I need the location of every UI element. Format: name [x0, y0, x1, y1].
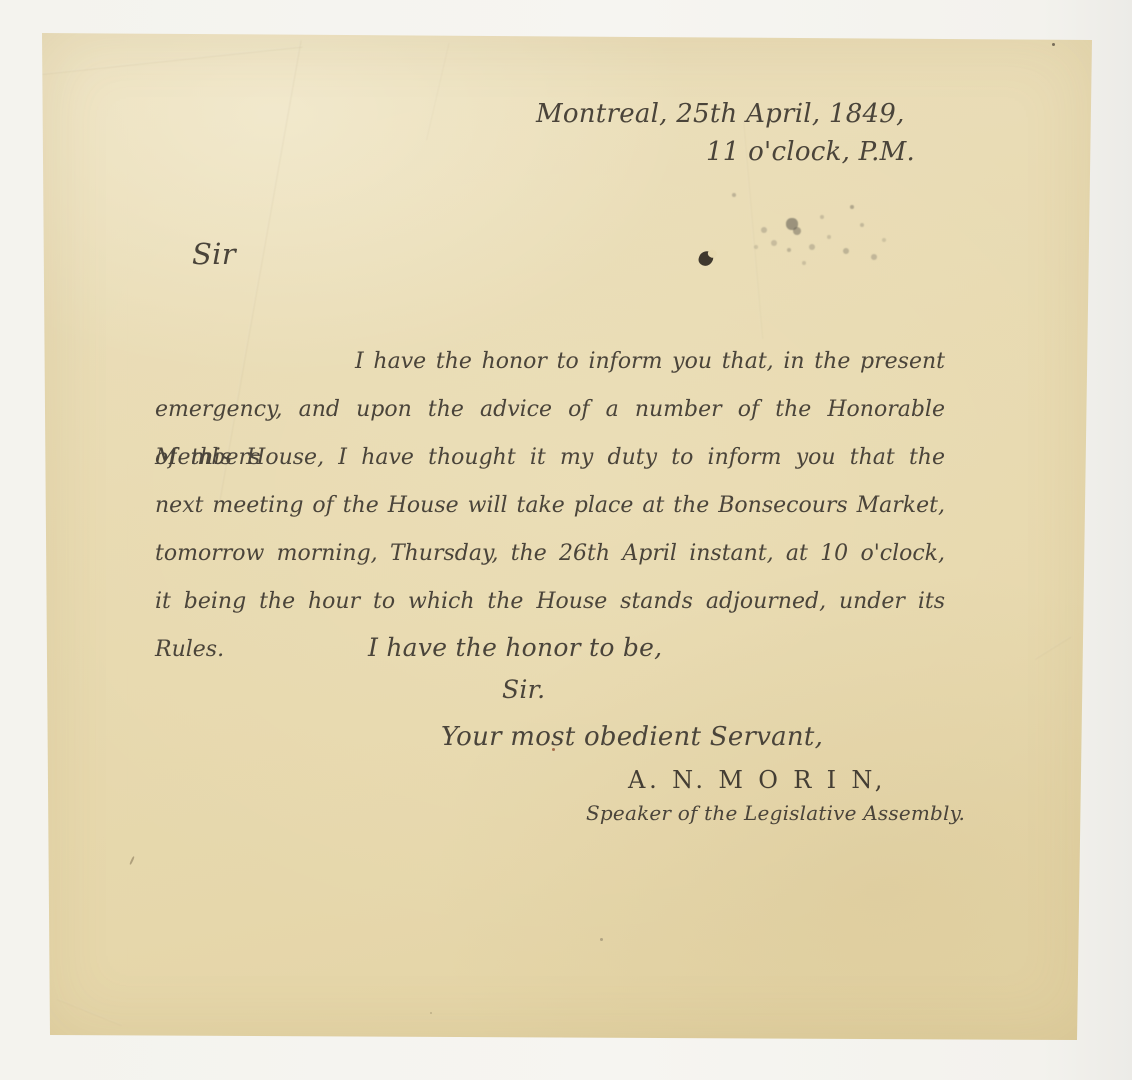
body-line-2: emergency, and upon the advice of a numb…: [155, 386, 945, 434]
body-line-5: tomorrow morning, Thursday, the 26th Apr…: [155, 530, 945, 578]
signature-name: A. N. M O R I N,: [628, 768, 886, 792]
closing-line-1: I have the honor to be,: [368, 635, 662, 660]
body-line-4: next meeting of the House will take plac…: [155, 482, 945, 530]
closing-line-3: Your most obedient Servant,: [441, 724, 823, 750]
body-line-3: of this House, I have thought it my duty…: [155, 434, 945, 482]
dateline-time: 11 o'clock, P.M.: [706, 139, 915, 165]
salutation: Sir: [192, 240, 236, 269]
dateline-place-date: Montreal, 25th April, 1849,: [536, 101, 905, 127]
signature-title: Speaker of the Legislative Assembly.: [586, 803, 965, 823]
letter-body: I have the honor to inform you that, in …: [155, 338, 945, 626]
body-line-1: I have the honor to inform you that, in …: [155, 338, 945, 386]
closing-line-2: Sir.: [502, 677, 545, 702]
body-line-6: it being the hour to which the House sta…: [155, 578, 945, 626]
letter-content: Montreal, 25th April, 1849, 11 o'clock, …: [0, 0, 1132, 1080]
